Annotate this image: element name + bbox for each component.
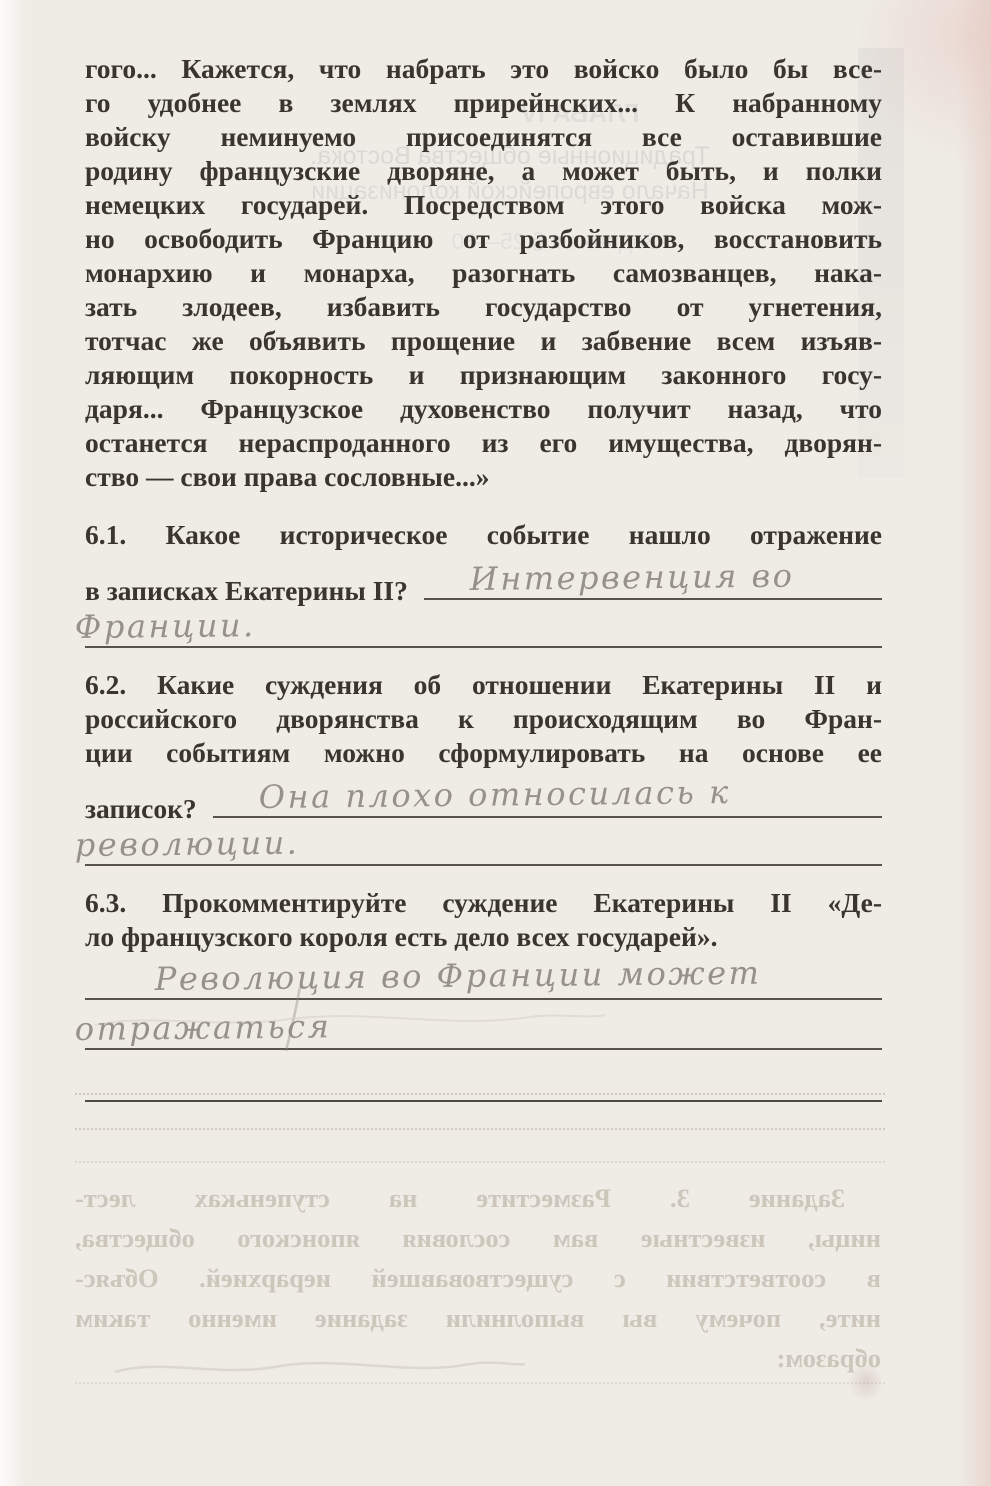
quote-line: зать злодеев, избавить государство от уг…: [85, 290, 882, 324]
handwritten-answer: Франции.: [75, 606, 256, 646]
quote-line: тотчас же объявить прощение и забвение в…: [85, 324, 882, 358]
ghost-page-number-smudge: [848, 1362, 884, 1402]
page-content: гого... Кажется, что набрать это войско …: [85, 52, 882, 1102]
quote-line: ство — свои права сословные...»: [85, 460, 882, 494]
question-text-line: российского дворянства к происходящим во…: [85, 702, 882, 736]
answer-blank-6-1-line1: Интервенция во: [424, 552, 882, 600]
quote-line: но освободить Францию от разбойников, во…: [85, 222, 882, 256]
quote-line: немецких государей. Посредством этого во…: [85, 188, 882, 222]
quote-line: родину французские дворяне, а может быть…: [85, 154, 882, 188]
quote-line: ляющим покорность и признающим законного…: [85, 358, 882, 392]
quote-paragraph: гого... Кажется, что набрать это войско …: [85, 52, 882, 494]
ghost-dotted-rule: [75, 1093, 885, 1095]
quote-line: войску неминуемо присоединятся все остав…: [85, 120, 882, 154]
ghost-task3-line: Задание 3. Разместите на ступеньках лест…: [75, 1178, 881, 1218]
ghost-task3-line: в соответствии с существовавшей иерархие…: [75, 1258, 881, 1298]
question-6-1: 6.1. Какое историческое событие нашло от…: [85, 518, 882, 648]
question-6-2: 6.2. Какие суждения об отношении Екатери…: [85, 668, 882, 866]
ghost-task3-line: ните, почему вы выполнили задание именно…: [75, 1298, 881, 1338]
question-text-line: ции событиям можно сформулировать на осн…: [85, 736, 882, 770]
scanned-workbook-page: ГЛАВА IV Традиционные общества Востока. …: [0, 0, 991, 1486]
answer-blank-6-1-line2: Франции.: [85, 598, 882, 648]
question-text-line: ло французского короля есть дело всех го…: [85, 920, 882, 954]
answer-row: записок? Она плохо относилась к: [85, 770, 882, 816]
question-text-line: 6.3. Прокомментируйте суждение Екатерины…: [85, 886, 882, 920]
quote-line: го удобнее в землях прирейнских... К наб…: [85, 86, 882, 120]
ghost-dotted-rule: [75, 1128, 885, 1130]
scan-left-edge: [0, 0, 26, 1486]
ghost-task3-line: ницы, известные вам сословия японского о…: [75, 1218, 881, 1258]
handwritten-answer: Она плохо относилась к: [258, 773, 730, 816]
answer-row: в записках Екатерины II? Интервенция во: [85, 552, 882, 598]
ghost-pencil-squiggle: [110, 1348, 530, 1388]
question-text-line: 6.2. Какие суждения об отношении Екатери…: [85, 668, 882, 702]
ghost-dotted-rule: [75, 1161, 885, 1163]
question-text-line: 6.1. Какое историческое событие нашло от…: [85, 518, 882, 552]
quote-line: даря... Французское духовенство получит …: [85, 392, 882, 426]
quote-line: гого... Кажется, что набрать это войско …: [85, 52, 882, 86]
answer-blank-6-2-line1: Она плохо относилась к: [213, 770, 882, 818]
scan-right-edge: [957, 0, 991, 1486]
answer-blank-6-2-line2: революции.: [85, 816, 882, 866]
handwritten-answer: Интервенция во: [469, 557, 794, 598]
quote-line: монархию и монарха, разогнать самозванце…: [85, 256, 882, 290]
handwritten-answer: революции.: [75, 824, 300, 864]
quote-line: останется нераспроданного из его имущест…: [85, 426, 882, 460]
ghost-pencil-stroke: [90, 985, 610, 1055]
